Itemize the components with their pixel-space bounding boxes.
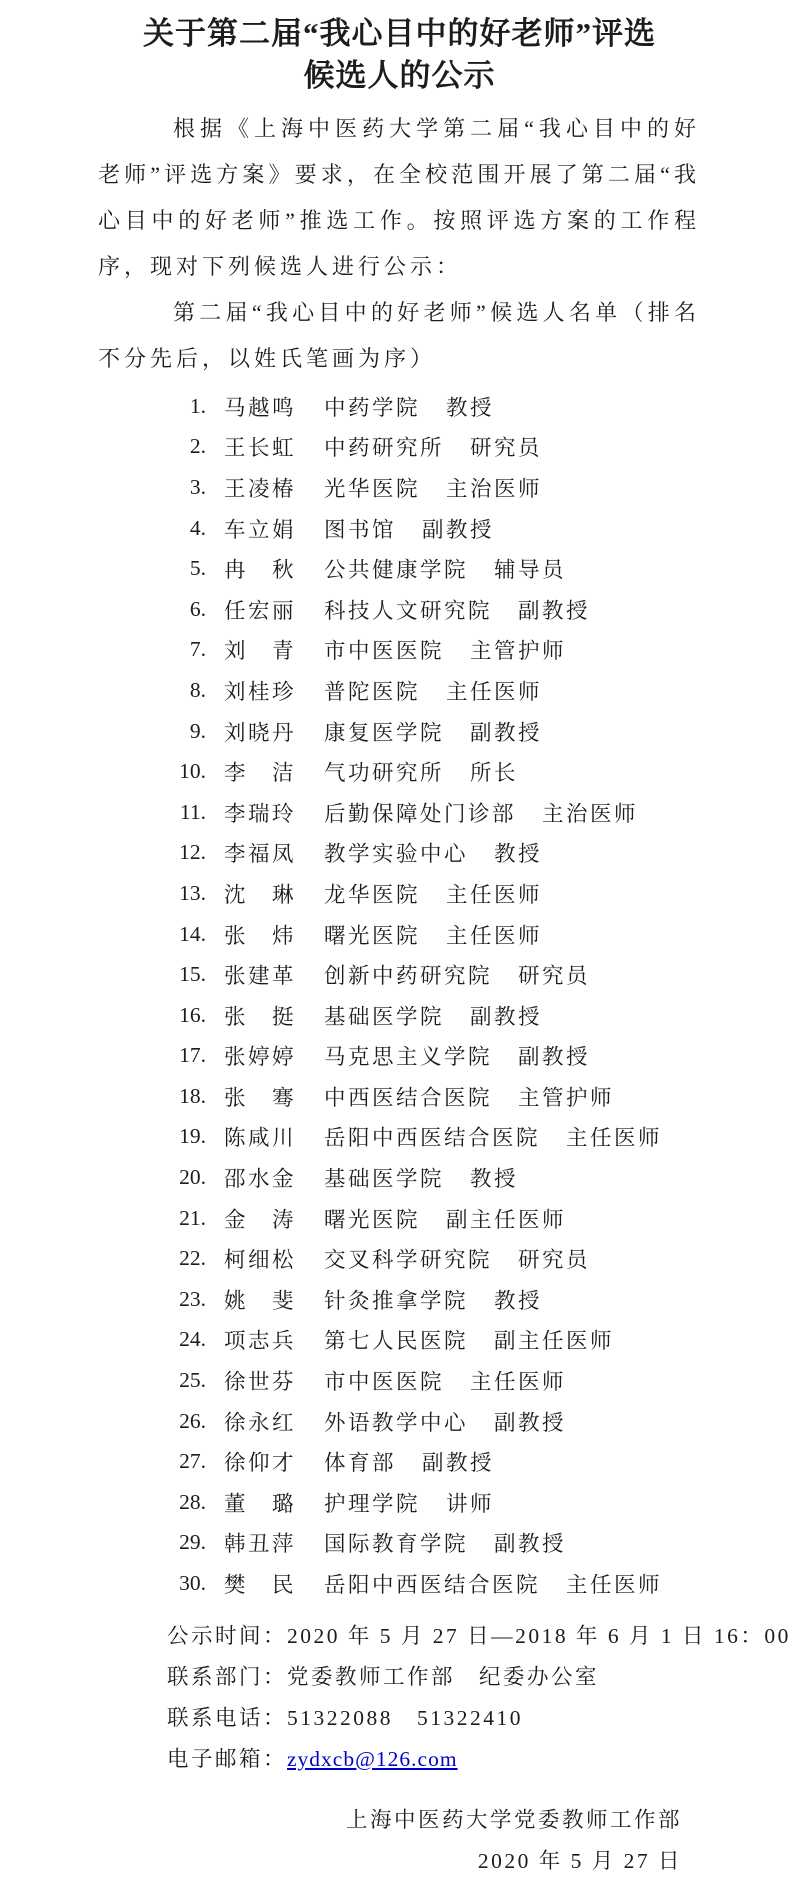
candidate-name: 冉 秋 <box>224 553 324 584</box>
candidate-department: 市中医医院 <box>324 634 444 665</box>
candidate-number: 18. <box>120 1084 206 1109</box>
candidate-job-title: 主任医师 <box>566 1568 662 1599</box>
candidate-row: 4. 车立娟 图书馆 副教授 <box>120 508 799 549</box>
candidate-number: 25. <box>120 1368 206 1393</box>
candidate-row: 15. 张建革 创新中药研究院 研究员 <box>120 954 799 995</box>
candidate-number: 16. <box>120 1003 206 1028</box>
candidate-department: 中药学院 <box>324 391 420 422</box>
candidate-name: 金 涛 <box>224 1203 324 1234</box>
candidate-job-title: 主管护师 <box>518 1081 614 1112</box>
candidate-name: 徐永红 <box>224 1406 324 1437</box>
candidate-number: 14. <box>120 922 206 947</box>
candidate-row: 2. 王长虹 中药研究所 研究员 <box>120 427 799 468</box>
candidate-department: 图书馆 <box>324 513 396 544</box>
candidate-job-title: 主治医师 <box>446 472 542 503</box>
document-title: 关于第二届“我心目中的好老师”评选 候选人的公示 <box>0 0 799 97</box>
candidate-number: 15. <box>120 962 206 987</box>
candidate-job-title: 副主任医师 <box>494 1324 614 1355</box>
candidate-department: 光华医院 <box>324 472 420 503</box>
candidate-job-title: 副教授 <box>470 1000 542 1031</box>
candidate-department: 龙华医院 <box>324 878 420 909</box>
candidate-department: 科技人文研究院 <box>324 594 492 625</box>
candidate-department: 教学实验中心 <box>324 837 468 868</box>
publicity-time-line: 公示时间：2020 年 5 月 27 日—2018 年 6 月 1 日 16：0… <box>167 1616 799 1657</box>
candidate-job-title: 讲师 <box>446 1487 494 1518</box>
candidate-job-title: 主任医师 <box>446 675 542 706</box>
signature-block: 上海中医药大学党委教师工作部 2020 年 5 月 27 日 <box>0 1780 799 1882</box>
candidate-name: 徐仰才 <box>224 1446 324 1477</box>
candidate-row: 13. 沈 琳 龙华医院 主任医师 <box>120 873 799 914</box>
candidate-name: 陈咸川 <box>224 1121 324 1152</box>
candidate-department: 交叉科学研究院 <box>324 1243 492 1274</box>
email-link[interactable]: zydxcb@126.com <box>287 1747 458 1771</box>
contact-department-line: 联系部门：党委教师工作部 纪委办公室 <box>167 1657 799 1698</box>
candidate-department: 第七人民医院 <box>324 1324 468 1355</box>
candidate-job-title: 主任医师 <box>446 919 542 950</box>
signature-date: 2020 年 5 月 27 日 <box>0 1841 682 1882</box>
candidate-job-title: 副教授 <box>518 594 590 625</box>
candidate-row: 20. 邵水金 基础医学院 教授 <box>120 1157 799 1198</box>
candidate-name: 邵水金 <box>224 1162 324 1193</box>
candidate-row: 6. 任宏丽 科技人文研究院 副教授 <box>120 589 799 630</box>
candidate-department: 基础医学院 <box>324 1000 444 1031</box>
candidate-row: 30. 樊 民 岳阳中西医结合医院 主任医师 <box>120 1563 799 1604</box>
candidate-department: 岳阳中西医结合医院 <box>324 1121 540 1152</box>
candidate-name: 张 挺 <box>224 1000 324 1031</box>
candidate-name: 车立娟 <box>224 513 324 544</box>
candidate-department: 康复医学院 <box>324 716 444 747</box>
candidate-department: 中药研究所 <box>324 431 444 462</box>
candidate-job-title: 教授 <box>446 391 494 422</box>
candidate-department: 气功研究所 <box>324 756 444 787</box>
candidate-name: 李瑞玲 <box>224 797 324 828</box>
candidate-number: 5. <box>120 556 206 581</box>
candidate-number: 28. <box>120 1490 206 1515</box>
signature-org: 上海中医药大学党委教师工作部 <box>0 1800 682 1841</box>
candidate-job-title: 副教授 <box>518 1040 590 1071</box>
contact-info-section: 公示时间：2020 年 5 月 27 日—2018 年 6 月 1 日 16：0… <box>0 1604 799 1780</box>
candidate-job-title: 辅导员 <box>494 553 566 584</box>
candidate-name: 张建革 <box>224 959 324 990</box>
candidate-row: 1. 马越鸣 中药学院 教授 <box>120 386 799 427</box>
candidate-number: 10. <box>120 759 206 784</box>
candidate-number: 21. <box>120 1206 206 1231</box>
candidate-department: 后勤保障处门诊部 <box>324 797 516 828</box>
candidate-name: 张 骞 <box>224 1081 324 1112</box>
candidate-row: 27. 徐仰才 体育部 副教授 <box>120 1441 799 1482</box>
candidate-department: 外语教学中心 <box>324 1406 468 1437</box>
candidate-number: 12. <box>120 840 206 865</box>
candidate-department: 市中医医院 <box>324 1365 444 1396</box>
candidate-name: 董 璐 <box>224 1487 324 1518</box>
candidate-row: 3. 王凌椿 光华医院 主治医师 <box>120 467 799 508</box>
candidate-row: 7. 刘 青 市中医医院 主管护师 <box>120 630 799 671</box>
candidate-department: 中西医结合医院 <box>324 1081 492 1112</box>
candidate-number: 23. <box>120 1287 206 1312</box>
candidate-number: 24. <box>120 1327 206 1352</box>
candidate-job-title: 副教授 <box>494 1406 566 1437</box>
candidate-name: 刘桂珍 <box>224 675 324 706</box>
intro-section: 根据《上海中医药大学第二届“我心目中的好老师”评选方案》要求，在全校范围开展了第… <box>0 97 799 382</box>
candidate-job-title: 教授 <box>494 837 542 868</box>
candidate-number: 22. <box>120 1246 206 1271</box>
candidate-department: 护理学院 <box>324 1487 420 1518</box>
candidate-row: 23. 姚 斐 针灸推拿学院 教授 <box>120 1279 799 1320</box>
candidate-row: 17. 张婷婷 马克思主义学院 副教授 <box>120 1036 799 1077</box>
candidate-number: 9. <box>120 719 206 744</box>
candidate-name: 韩丑萍 <box>224 1527 324 1558</box>
candidate-job-title: 主管护师 <box>470 634 566 665</box>
candidate-row: 9. 刘晓丹 康复医学院 副教授 <box>120 711 799 752</box>
candidate-department: 国际教育学院 <box>324 1527 468 1558</box>
candidate-name: 马越鸣 <box>224 391 324 422</box>
candidate-job-title: 教授 <box>470 1162 518 1193</box>
candidate-number: 26. <box>120 1409 206 1434</box>
candidate-department: 公共健康学院 <box>324 553 468 584</box>
candidate-row: 8. 刘桂珍 普陀医院 主任医师 <box>120 670 799 711</box>
candidate-number: 30. <box>120 1571 206 1596</box>
candidate-name: 樊 民 <box>224 1568 324 1599</box>
candidate-department: 普陀医院 <box>324 675 420 706</box>
candidate-department: 马克思主义学院 <box>324 1040 492 1071</box>
candidate-department: 岳阳中西医结合医院 <box>324 1568 540 1599</box>
candidate-name: 项志兵 <box>224 1324 324 1355</box>
candidate-job-title: 主任医师 <box>566 1121 662 1152</box>
list-intro-paragraph: 第二届“我心目中的好老师”候选人名单（排名不分先后，以姓氏笔画为序） <box>98 290 700 382</box>
intro-paragraph: 根据《上海中医药大学第二届“我心目中的好老师”评选方案》要求，在全校范围开展了第… <box>98 106 700 290</box>
candidate-row: 19. 陈咸川 岳阳中西医结合医院 主任医师 <box>120 1117 799 1158</box>
candidate-job-title: 研究员 <box>518 1243 590 1274</box>
candidate-row: 11. 李瑞玲 后勤保障处门诊部 主治医师 <box>120 792 799 833</box>
candidate-department: 创新中药研究院 <box>324 959 492 990</box>
candidate-number: 20. <box>120 1165 206 1190</box>
candidate-row: 5. 冉 秋 公共健康学院 辅导员 <box>120 548 799 589</box>
email-line: 电子邮箱：zydxcb@126.com <box>167 1739 799 1780</box>
candidate-job-title: 研究员 <box>518 959 590 990</box>
announcement-document: 关于第二届“我心目中的好老师”评选 候选人的公示 根据《上海中医药大学第二届“我… <box>0 0 799 1889</box>
candidate-job-title: 研究员 <box>470 431 542 462</box>
candidate-job-title: 主任医师 <box>446 878 542 909</box>
candidate-number: 6. <box>120 597 206 622</box>
candidate-job-title: 教授 <box>494 1284 542 1315</box>
candidate-row: 21. 金 涛 曙光医院 副主任医师 <box>120 1198 799 1239</box>
document-title-line-2: 候选人的公示 <box>0 55 799 97</box>
candidate-number: 27. <box>120 1449 206 1474</box>
candidate-job-title: 副教授 <box>422 513 494 544</box>
candidate-name: 李福凤 <box>224 837 324 868</box>
candidate-job-title: 主治医师 <box>542 797 638 828</box>
candidate-department: 曙光医院 <box>324 919 420 950</box>
candidate-job-title: 所长 <box>470 756 518 787</box>
candidate-department: 体育部 <box>324 1446 396 1477</box>
candidate-department: 基础医学院 <box>324 1162 444 1193</box>
candidate-name: 沈 琳 <box>224 878 324 909</box>
candidate-number: 13. <box>120 881 206 906</box>
candidate-number: 11. <box>120 800 206 825</box>
candidate-list: 1. 马越鸣 中药学院 教授 2. 王长虹 中药研究所 研究员 3. 王凌椿 光… <box>0 382 799 1604</box>
candidate-name: 王凌椿 <box>224 472 324 503</box>
candidate-number: 7. <box>120 637 206 662</box>
candidate-name: 刘晓丹 <box>224 716 324 747</box>
candidate-number: 29. <box>120 1530 206 1555</box>
candidate-row: 18. 张 骞 中西医结合医院 主管护师 <box>120 1076 799 1117</box>
candidate-row: 14. 张 炜 曙光医院 主任医师 <box>120 914 799 955</box>
candidate-number: 17. <box>120 1043 206 1068</box>
candidate-row: 24. 项志兵 第七人民医院 副主任医师 <box>120 1320 799 1361</box>
candidate-name: 张 炜 <box>224 919 324 950</box>
candidate-department: 曙光医院 <box>324 1203 420 1234</box>
candidate-row: 22. 柯细松 交叉科学研究院 研究员 <box>120 1238 799 1279</box>
candidate-number: 1. <box>120 394 206 419</box>
email-label: 电子邮箱： <box>167 1747 287 1771</box>
contact-phone-line: 联系电话：51322088 51322410 <box>167 1698 799 1739</box>
candidate-row: 29. 韩丑萍 国际教育学院 副教授 <box>120 1523 799 1564</box>
candidate-number: 8. <box>120 678 206 703</box>
candidate-name: 徐世芬 <box>224 1365 324 1396</box>
candidate-row: 16. 张 挺 基础医学院 副教授 <box>120 995 799 1036</box>
candidate-row: 28. 董 璐 护理学院 讲师 <box>120 1482 799 1523</box>
candidate-name: 姚 斐 <box>224 1284 324 1315</box>
candidate-name: 王长虹 <box>224 431 324 462</box>
candidate-name: 刘 青 <box>224 634 324 665</box>
candidate-job-title: 副教授 <box>422 1446 494 1477</box>
candidate-number: 4. <box>120 516 206 541</box>
candidate-number: 19. <box>120 1124 206 1149</box>
candidate-number: 2. <box>120 434 206 459</box>
candidate-job-title: 副主任医师 <box>446 1203 566 1234</box>
candidate-row: 12. 李福凤 教学实验中心 教授 <box>120 833 799 874</box>
candidate-department: 针灸推拿学院 <box>324 1284 468 1315</box>
candidate-name: 张婷婷 <box>224 1040 324 1071</box>
candidate-name: 柯细松 <box>224 1243 324 1274</box>
candidate-row: 10. 李 洁 气功研究所 所长 <box>120 751 799 792</box>
candidate-job-title: 副教授 <box>494 1527 566 1558</box>
document-title-line-1: 关于第二届“我心目中的好老师”评选 <box>0 13 799 55</box>
candidate-name: 李 洁 <box>224 756 324 787</box>
candidate-row: 25. 徐世芬 市中医医院 主任医师 <box>120 1360 799 1401</box>
candidate-job-title: 主任医师 <box>470 1365 566 1396</box>
candidate-job-title: 副教授 <box>470 716 542 747</box>
candidate-number: 3. <box>120 475 206 500</box>
candidate-row: 26. 徐永红 外语教学中心 副教授 <box>120 1401 799 1442</box>
candidate-name: 任宏丽 <box>224 594 324 625</box>
